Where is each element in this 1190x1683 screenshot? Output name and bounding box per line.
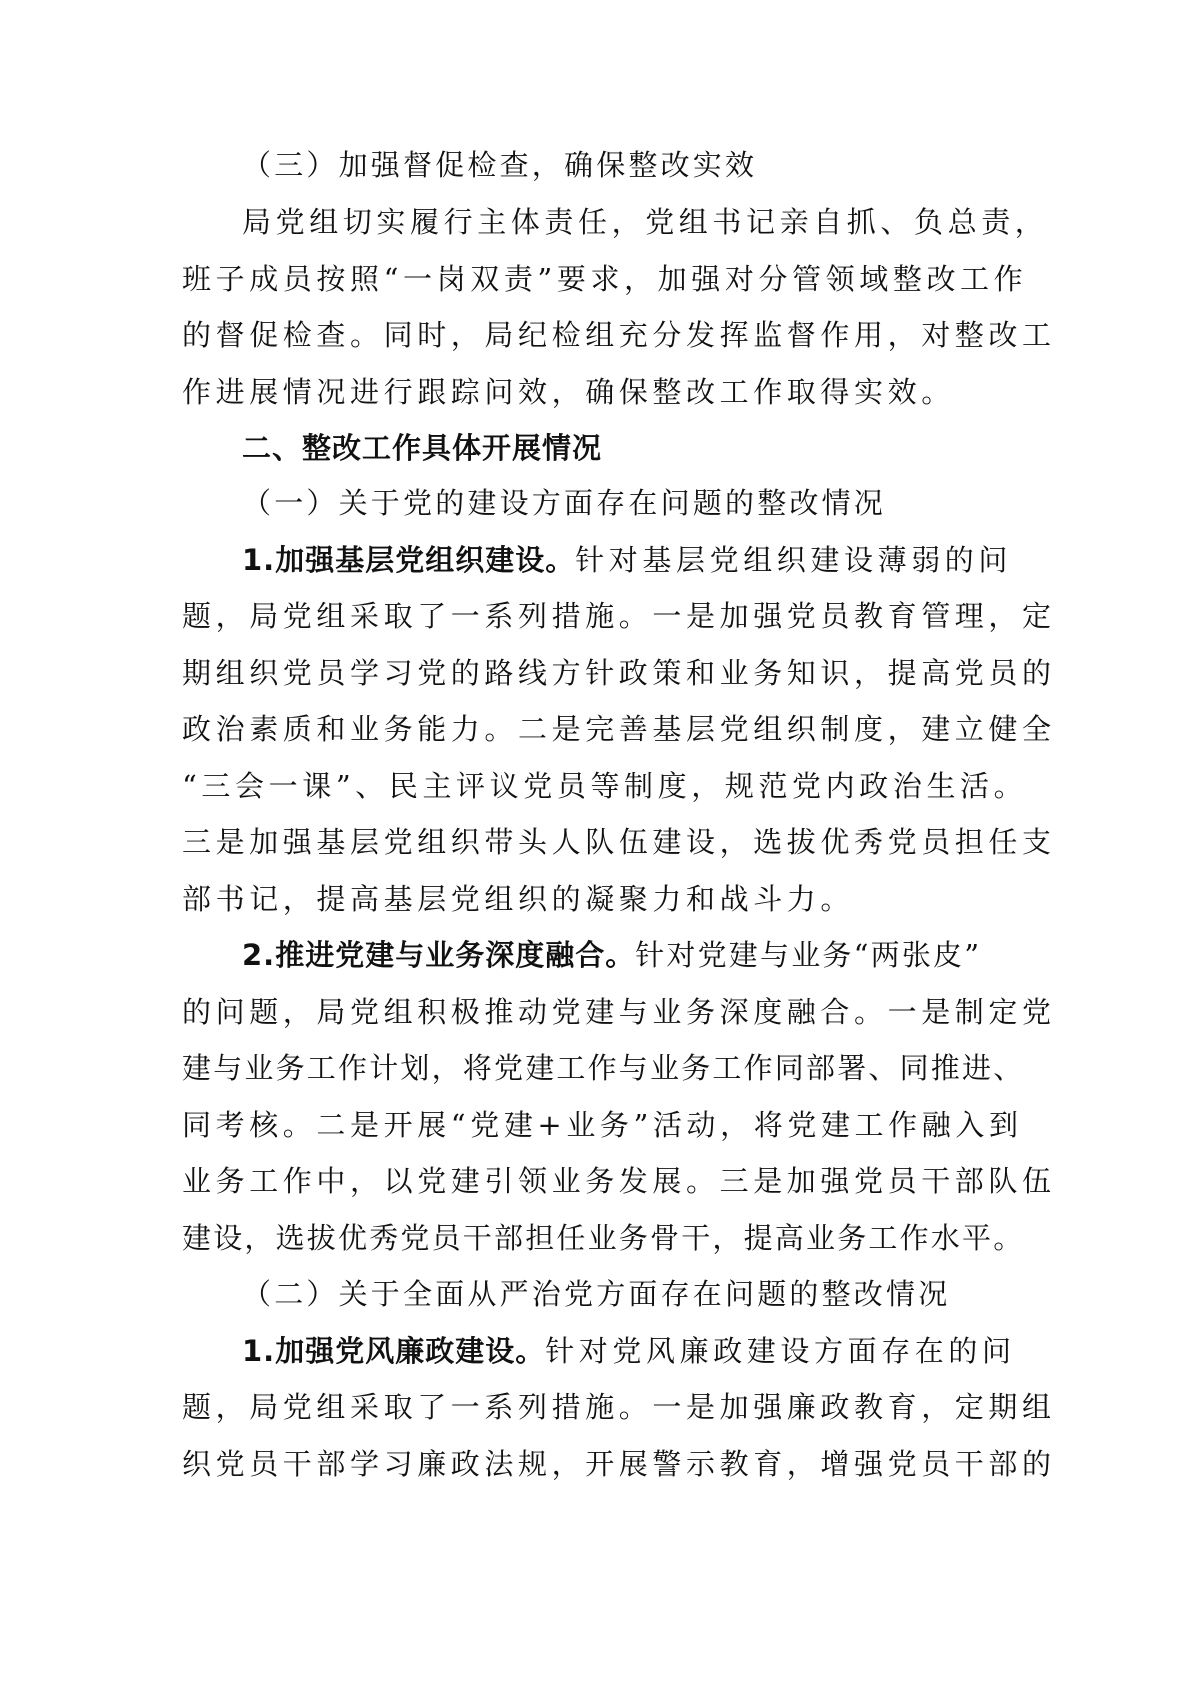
paragraph-line: 三是加强基层党组织带头人队伍建设，选拔优秀党员担任支	[182, 825, 1012, 859]
paragraph-line: 期组织党员学习党的路线方针政策和业务知识，提高党员的	[182, 656, 1012, 690]
sub-2-title: （二）关于全面从严治党方面存在问题的整改情况	[242, 1277, 1072, 1311]
paragraph-line: 建与业务工作计划，将党建工作与业务工作同部署、同推进、	[182, 1051, 1012, 1085]
item-1-2-lead: 2.推进党建与业务深度融合。	[242, 938, 635, 972]
paragraph-line: 题，局党组采取了一系列措施。一是加强党员教育管理，定	[182, 599, 1012, 633]
part-2-title: 二、整改工作具体开展情况	[242, 431, 1072, 465]
paragraph-line: 的问题，局党组积极推动党建与业务深度融合。一是制定党	[182, 995, 1012, 1029]
item-1-1-first-line: 1.加强基层党组织建设。针对基层党组织建设薄弱的问	[242, 543, 1072, 577]
item-1-2-first-line: 2.推进党建与业务深度融合。针对党建与业务“两张皮”	[242, 938, 1072, 972]
item-2-1-rest: 针对党风廉政建设方面存在的问	[545, 1334, 1015, 1368]
item-1-1-rest: 针对基层党组织建设薄弱的问	[575, 543, 1012, 577]
paragraph-line: 同考核。二是开展“党建+业务”活动，将党建工作融入到	[182, 1108, 1012, 1142]
item-1-2-rest: 针对党建与业务“两张皮”	[635, 938, 981, 972]
paragraph-line: 织党员干部学习廉政法规，开展警示教育，增强党员干部的	[182, 1447, 1012, 1481]
paragraph-line: 部书记，提高基层党组织的凝聚力和战斗力。	[182, 882, 1012, 916]
paragraph-line: 班子成员按照“一岗双责”要求，加强对分管领域整改工作	[182, 262, 1012, 296]
paragraph-line: 作进展情况进行跟踪问效，确保整改工作取得实效。	[182, 375, 1012, 409]
sub-1-title: （一）关于党的建设方面存在问题的整改情况	[242, 486, 1072, 520]
item-1-1-lead: 1.加强基层党组织建设。	[242, 543, 575, 577]
item-2-1-lead: 1.加强党风廉政建设。	[242, 1334, 545, 1368]
item-2-1-first-line: 1.加强党风廉政建设。针对党风廉政建设方面存在的问	[242, 1334, 1072, 1368]
paragraph-line: 建设，选拔优秀党员干部担任业务骨干，提高业务工作水平。	[182, 1221, 1012, 1255]
paragraph-line: 题，局党组采取了一系列措施。一是加强廉政教育，定期组	[182, 1390, 1012, 1424]
paragraph-line: 局党组切实履行主体责任，党组书记亲自抓、负总责，	[242, 205, 1072, 239]
section-3-title: （三）加强督促检查，确保整改实效	[242, 148, 1072, 182]
document-page: （三）加强督促检查，确保整改实效 局党组切实履行主体责任，党组书记亲自抓、负总责…	[0, 0, 1190, 1683]
paragraph-line: “三会一课”、民主评议党员等制度，规范党内政治生活。	[182, 769, 1012, 803]
paragraph-line: 业务工作中，以党建引领业务发展。三是加强党员干部队伍	[182, 1164, 1012, 1198]
paragraph-line: 政治素质和业务能力。二是完善基层党组织制度，建立健全	[182, 712, 1012, 746]
paragraph-line: 的督促检查。同时，局纪检组充分发挥监督作用，对整改工	[182, 318, 1012, 352]
